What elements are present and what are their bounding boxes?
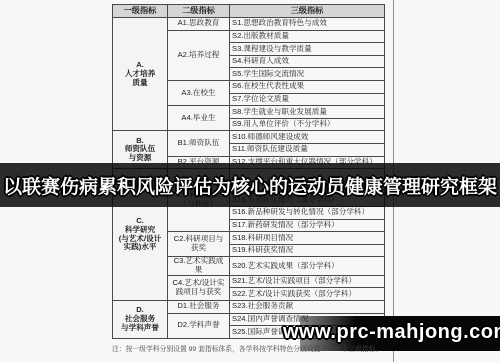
level3-indicator-cell: S3.课程建设与教学质量 [230,43,385,56]
level2-indicator-cell: C4.艺术/设计实践项目与获奖 [168,275,230,300]
scanned-document-page: { "overlay": { "title": "以联赛伤病累积风险评估为核心的… [0,0,500,362]
level2-indicator-cell: A3.在校生 [168,80,230,105]
level3-indicator-cell: S4.科研育人成效 [230,55,385,68]
level2-indicator-cell: A4.毕业生 [168,106,230,131]
level3-indicator-cell: S17.新药研发情况（部分学科） [230,219,385,232]
title-overlay-band: 以联赛伤病累积风险评估为核心的运动员健康管理研究框架 [0,163,500,207]
level3-indicator-cell: S19.科研获奖情况 [230,244,385,257]
level3-indicator-cell: S5.学生国际交流情况 [230,68,385,81]
level2-indicator-cell: C2.科研项目与获奖 [168,232,230,257]
level3-indicator-cell: S2.出版教材质量 [230,30,385,43]
level1-indicator-cell: A.人才培养质量 [113,18,168,131]
level3-indicator-cell: S23.社会服务贡献 [230,300,385,313]
level2-indicator-cell: A1.思政教育 [168,18,230,31]
table-row: A.人才培养质量A1.思政教育S1.思想政治教育特色与成效 [113,18,385,31]
overlay-title: 以联赛伤病累积风险评估为核心的运动员健康管理研究框架 [3,172,497,199]
table-row: B.师资队伍与资源B1.师资队伍S10.师德师风建设成效 [113,131,385,144]
level2-indicator-cell: C3.艺术实践成果 [168,257,230,275]
header-level1: 一级指标 [113,5,168,18]
level3-indicator-cell: S7.学位论文质量 [230,93,385,106]
level3-indicator-cell: S20.艺术实践成果（部分学科） [230,257,385,275]
level3-indicator-cell: S16.新品种研发与转化情况（部分学科） [230,206,385,219]
level2-indicator-cell: D2.学科声誉 [168,313,230,338]
level2-indicator-cell: D1.社会服务 [168,300,230,313]
table-row: D.社会服务与学科声誉D1.社会服务S23.社会服务贡献 [113,300,385,313]
level3-indicator-cell: S8.学生就业与职业发展质量 [230,106,385,119]
level3-indicator-cell: S6.在校生代表性成果 [230,80,385,93]
level2-indicator-cell: B1.师资队伍 [168,131,230,156]
level3-indicator-cell: S11.师资队伍建设质量 [230,143,385,156]
table-footnote: 注：按一级学科分别设置 99 套指标体系，各学科按学科特色分别设置 17-21 … [112,343,400,353]
watermark-url-text: www.prc-mahjong.com [283,321,500,344]
header-level3: 三级指标 [230,5,385,18]
header-level2: 二级指标 [168,5,230,18]
table-header-row: 一级指标 二级指标 三级指标 [113,5,385,18]
level2-indicator-cell: A2.培养过程 [168,30,230,80]
level3-indicator-cell: S18.科研项目情况 [230,232,385,245]
level3-indicator-cell: S1.思想政治教育特色与成效 [230,18,385,31]
level3-indicator-cell: S9.用人单位评价（不分学科） [230,118,385,131]
level3-indicator-cell: S22.艺术/设计实践获奖（部分学科） [230,288,385,301]
level1-indicator-cell: D.社会服务与学科声誉 [113,300,168,338]
level3-indicator-cell: S10.师德师风建设成效 [230,131,385,144]
level3-indicator-cell: S21.艺术/设计实践项目（部分学科） [230,275,385,288]
